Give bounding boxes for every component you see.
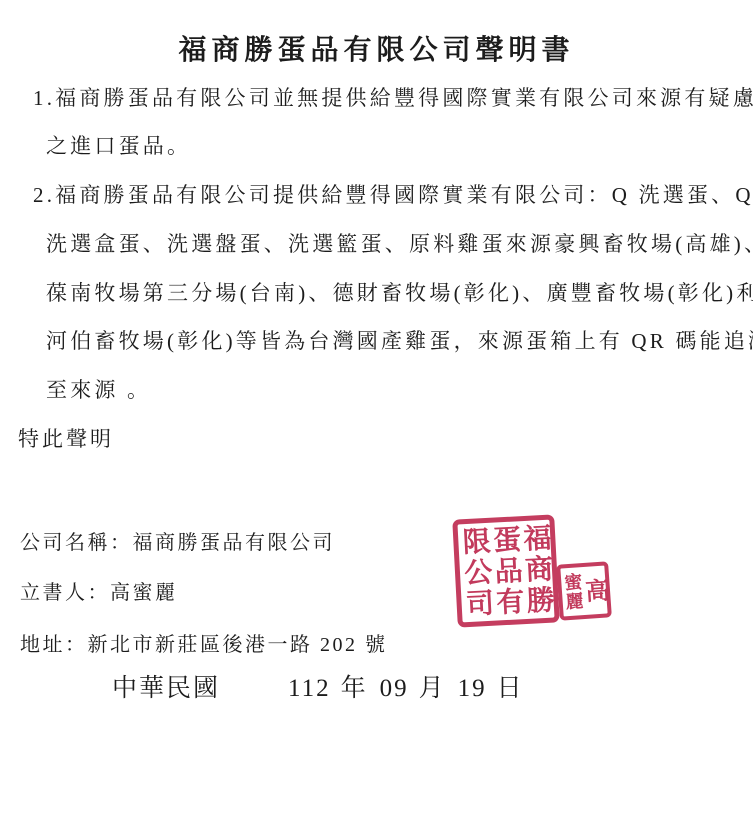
address-line: 地址：新北市新莊區後港一路 202 號	[20, 628, 388, 657]
body-line-6: 河伯畜牧場(彰化)等皆為台灣國產雞蛋，來源蛋箱上有 QR 碼能追溯	[46, 325, 753, 355]
date-line: 中華民國112年09月19日	[112, 668, 524, 704]
date-month-unit: 月	[419, 675, 446, 702]
company-seal-column-middle: 蛋品有	[489, 524, 523, 618]
company-seal-column-left: 限公司	[459, 525, 493, 619]
document-title: 福商勝蛋品有限公司聲明書	[0, 28, 753, 68]
company-name-line: 公司名稱：福商勝蛋品有限公司	[20, 526, 335, 555]
body-line-4: 洗選盒蛋、洗選盤蛋、洗選籃蛋、原料雞蛋來源豪興畜牧場(高雄)、	[46, 228, 753, 258]
date-era: 中華民國	[112, 675, 220, 702]
body-line-3: 2.福商勝蛋品有限公司提供給豐得國際實業有限公司：Q 洗選蛋、Q	[33, 179, 753, 209]
date-month: 09	[380, 675, 409, 702]
body-line-7: 至來源 。	[46, 374, 151, 404]
signer-line: 立書人：高蜜麗	[20, 576, 178, 605]
date-day-unit: 日	[497, 675, 524, 702]
date-day: 19	[458, 675, 487, 702]
personal-name-seal-stamp: 高 蜜麗	[556, 561, 612, 620]
company-seal-stamp: 福商勝 蛋品有 限公司	[452, 514, 560, 627]
declaration-document: 福商勝蛋品有限公司聲明書 1.福商勝蛋品有限公司並無提供給豐得國際實業有限公司來…	[0, 0, 753, 819]
name-seal-given-name: 蜜麗	[561, 572, 583, 611]
body-line-2: 之進口蛋品。	[46, 130, 191, 160]
body-line-5: 葆南牧場第三分場(台南)、德財畜牧場(彰化)、廣豐畜牧場(彰化)利	[46, 277, 753, 307]
name-seal-surname: 高	[581, 578, 607, 604]
company-seal-column-right: 福商勝	[519, 522, 553, 616]
date-year: 112	[288, 675, 331, 702]
body-line-1: 1.福商勝蛋品有限公司並無提供給豐得國際實業有限公司來源有疑慮	[33, 82, 753, 112]
closing-statement: 特此聲明	[18, 423, 114, 453]
date-year-unit: 年	[341, 675, 368, 702]
